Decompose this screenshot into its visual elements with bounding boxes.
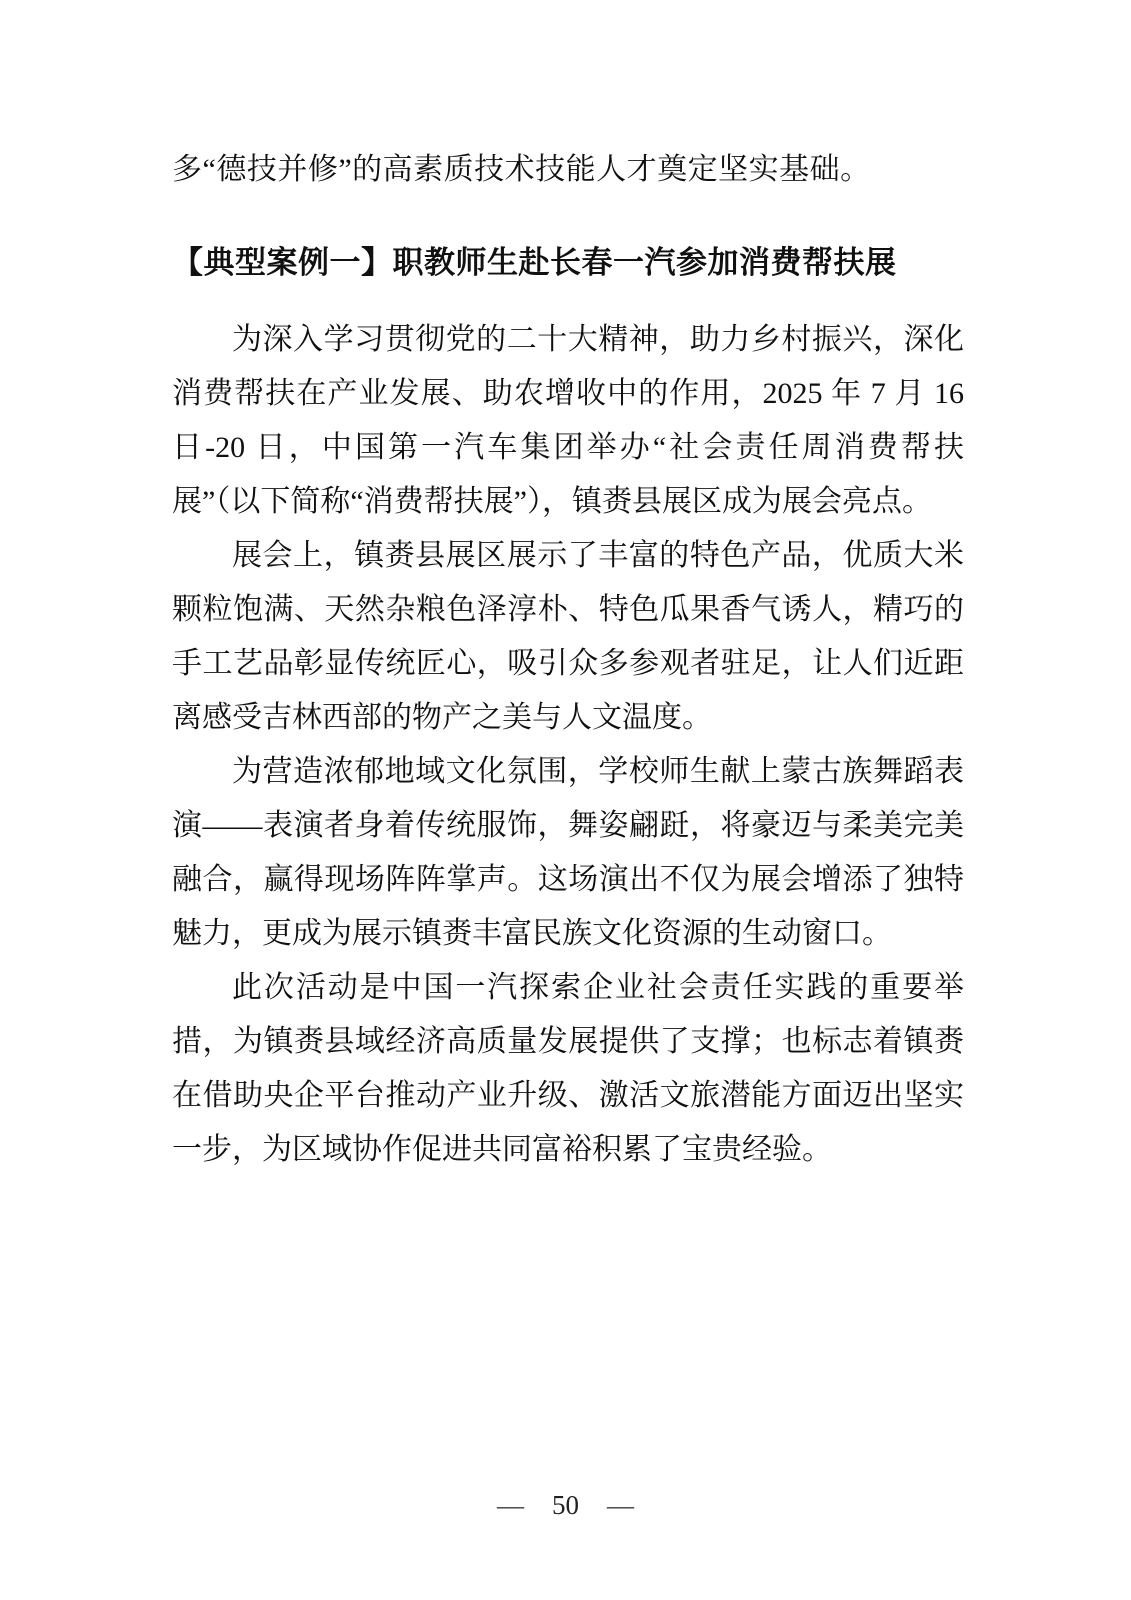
footer-right-dash: — bbox=[607, 1490, 634, 1521]
page-number-group: — 50 — bbox=[497, 1490, 634, 1521]
footer-left-dash: — bbox=[497, 1490, 524, 1521]
page-number: 50 bbox=[552, 1490, 579, 1521]
paragraph-4: 此次活动是中国一汽探索企业社会责任实践的重要举措，为镇赉县域经济高质量发展提供了… bbox=[172, 961, 964, 1177]
document-page: 多“德技并修”的高素质技术技能人才奠定坚实基础。 【典型案例一】职教师生赴长春一… bbox=[0, 0, 1131, 1600]
paragraph-2: 展会上，镇赉县展区展示了丰富的特色产品，优质大米颗粒饱满、天然杂粮色泽淳朴、特色… bbox=[172, 529, 964, 745]
leading-paragraph-line: 多“德技并修”的高素质技术技能人才奠定坚实基础。 bbox=[172, 150, 964, 190]
case-study-heading: 【典型案例一】职教师生赴长春一汽参加消费帮扶展 bbox=[172, 242, 964, 284]
body-text-block: 为深入学习贯彻党的二十大精神，助力乡村振兴，深化消费帮扶在产业发展、助农增收中的… bbox=[172, 313, 964, 1177]
paragraph-1: 为深入学习贯彻党的二十大精神，助力乡村振兴，深化消费帮扶在产业发展、助农增收中的… bbox=[172, 313, 964, 529]
page-footer: — 50 — bbox=[0, 1490, 1131, 1521]
paragraph-3: 为营造浓郁地域文化氛围，学校师生献上蒙古族舞蹈表演——表演者身着传统服饰，舞姿翩… bbox=[172, 745, 964, 961]
